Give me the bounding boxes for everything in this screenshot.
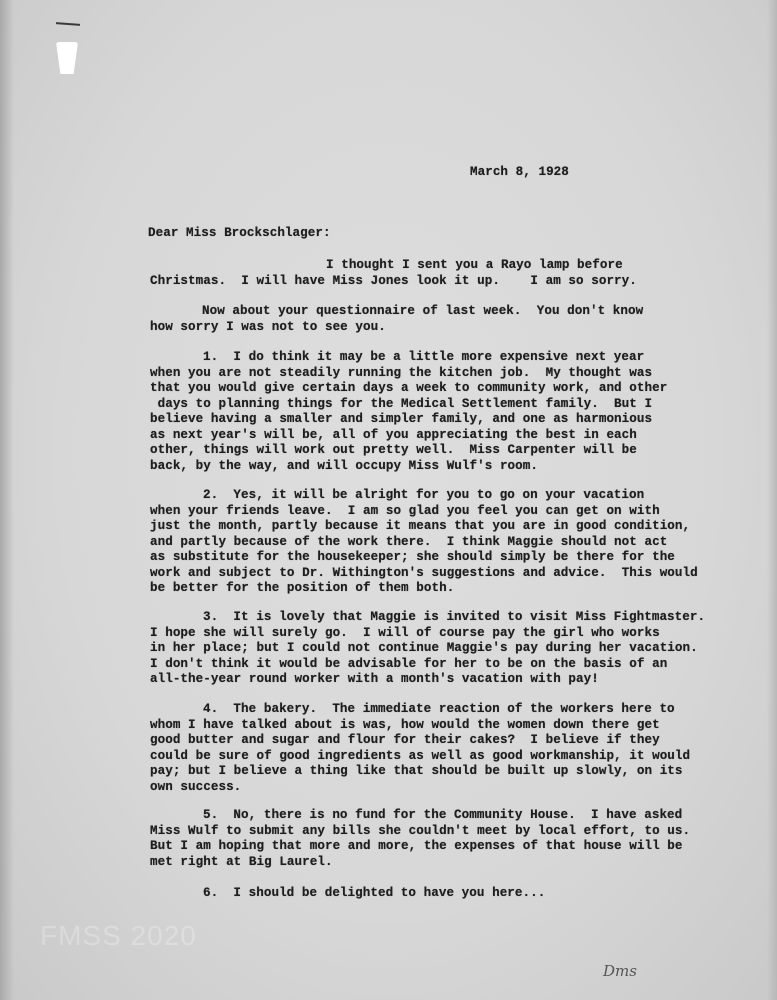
text-line: I don't think it would be advisable for … xyxy=(150,657,667,671)
paragraph-item-2: 2. Yes, it will be alright for you to go… xyxy=(150,488,180,614)
page-edge-shadow-right xyxy=(767,0,777,1000)
text-line: be better for the position of them both. xyxy=(150,581,454,595)
paragraph-item-4: 4. The bakery. The immediate reaction of… xyxy=(150,702,180,814)
text-line: and partly because of the work there. I … xyxy=(150,535,667,549)
paragraph-item-1: 1. I do think it may be a little more ex… xyxy=(150,350,180,490)
text-line: own success. xyxy=(150,780,241,794)
text-line: when your friends leave. I am so glad yo… xyxy=(150,504,660,518)
text-line: met right at Big Laurel. xyxy=(150,855,333,869)
text-line: pay; but I believe a thing like that sho… xyxy=(150,764,683,778)
punch-hole xyxy=(56,42,78,74)
text-line: when you are not steadily running the ki… xyxy=(150,366,652,380)
text-line: 4. The bakery. The immediate reaction of… xyxy=(203,702,675,716)
text-line: that you would give certain days a week … xyxy=(150,381,667,395)
letter-page: March 8, 1928 Dear Miss Brockschlager: I… xyxy=(0,0,777,1000)
text-line: I hope she will surely go. I will of cou… xyxy=(150,626,660,640)
text-line: 2. Yes, it will be alright for you to go… xyxy=(203,488,644,502)
text-line: 6. I should be delighted to have you her… xyxy=(203,886,545,900)
text-line: Christmas. I will have Miss Jones look i… xyxy=(150,274,637,288)
text-line: just the month, partly because it means … xyxy=(150,519,690,533)
text-line: Now about your questionnaire of last wee… xyxy=(202,304,643,318)
paragraph-item-5: 5. No, there is no fund for the Communit… xyxy=(150,808,180,892)
text-line: as next year's will be, all of you appre… xyxy=(150,428,637,442)
text-line: could be sure of good ingredients as wel… xyxy=(150,749,690,763)
text-line: as substitute for the housekeeper; she s… xyxy=(150,550,675,564)
text-line: 1. I do think it may be a little more ex… xyxy=(203,350,644,364)
text-line: believe having a smaller and simpler fam… xyxy=(150,412,652,426)
text-line: But I am hoping that more and more, the … xyxy=(150,839,683,853)
text-line: how sorry I was not to see you. xyxy=(150,320,386,334)
text-line: in her place; but I could not continue M… xyxy=(150,641,698,655)
text-line: 5. No, there is no fund for the Communit… xyxy=(203,808,682,822)
text-line: all-the-year round worker with a month's… xyxy=(150,672,599,686)
text-line: days to planning things for the Medical … xyxy=(150,397,652,411)
text-line: good butter and sugar and flour for thei… xyxy=(150,733,660,747)
text-line: back, by the way, and will occupy Miss W… xyxy=(150,459,538,473)
text-line: work and subject to Dr. Withington's sug… xyxy=(150,566,698,580)
page-edge-shadow-left xyxy=(0,0,14,1000)
paper-scratch-mark xyxy=(56,22,80,26)
text-line: I thought I sent you a Rayo lamp before xyxy=(326,258,623,272)
text-line: whom I have talked about is was, how wou… xyxy=(150,718,660,732)
text-line: Miss Wulf to submit any bills she couldn… xyxy=(150,824,690,838)
archive-watermark: FMSS 2020 xyxy=(40,920,197,952)
paragraph-item-3: 3. It is lovely that Maggie is invited t… xyxy=(150,610,180,708)
letter-date: March 8, 1928 xyxy=(470,165,569,179)
text-line: 3. It is lovely that Maggie is invited t… xyxy=(203,610,705,624)
letter-salutation: Dear Miss Brockschlager: xyxy=(148,226,331,240)
handwritten-note: Dms xyxy=(603,962,637,980)
text-line: other, things will work out pretty well.… xyxy=(150,443,637,457)
